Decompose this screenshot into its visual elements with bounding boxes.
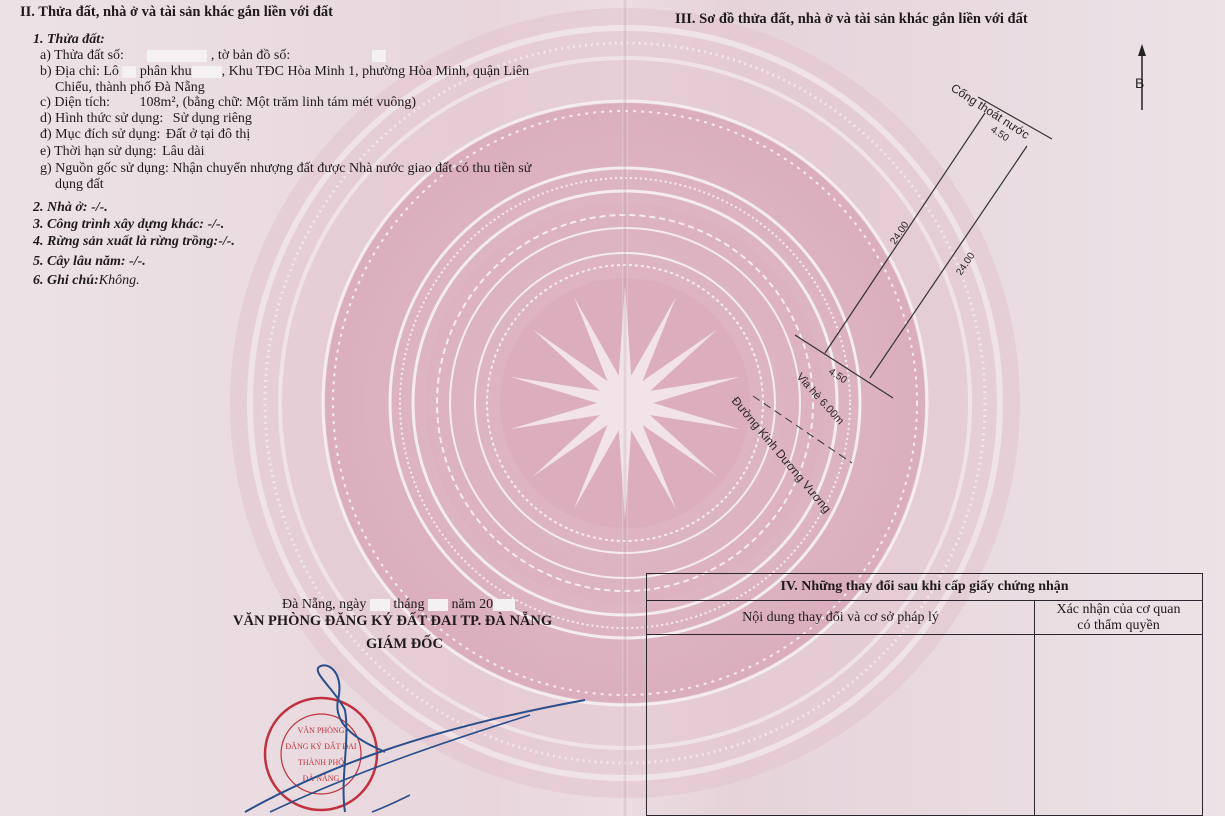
column-header-confirm: Xác nhận của cơ quan có thẩm quyền [1035,601,1203,635]
column-header-content: Nội dung thay đổi và cơ sở pháp lý [647,601,1035,635]
road-label: Đường Kinh Dương Vương [729,394,834,516]
north-label: B [1135,75,1144,91]
left-length-label: 24.00 [888,219,911,246]
bottom-width-label: 4.50 [826,366,849,386]
changes-table: IV. Những thay đổi sau khi cấp giấy chứn… [646,573,1203,816]
changes-confirm-cell [1035,635,1203,816]
right-length-label: 24.00 [954,250,977,277]
changes-content-cell [647,635,1035,816]
section-iv-title: IV. Những thay đổi sau khi cấp giấy chứn… [647,574,1203,601]
